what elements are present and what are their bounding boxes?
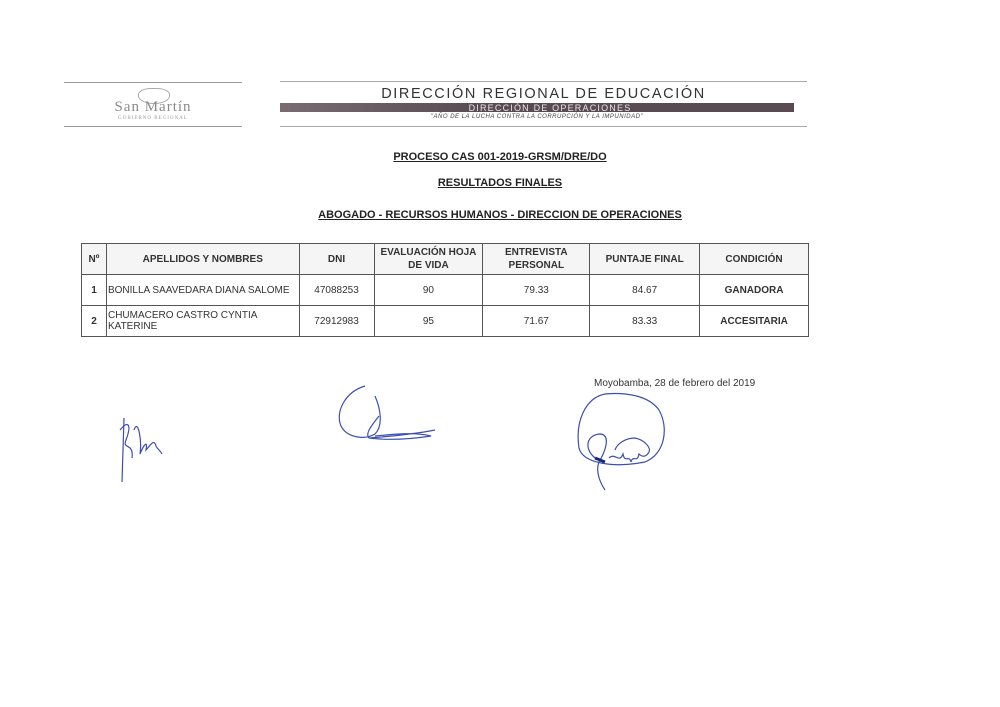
cell-dni: 72912983 [299,306,374,337]
results-title: RESULTADOS FINALES [0,177,1000,189]
cell-final-score: 83.33 [590,306,700,337]
col-number: Nº [82,244,107,275]
signature-1 [110,410,180,490]
cell-name: CHUMACERO CASTRO CYNTIA KATERINE [106,306,299,337]
logo-bottom-rule [64,126,242,127]
col-interview: ENTREVISTA PERSONAL [483,244,590,275]
cell-final-score: 84.67 [590,275,700,306]
cell-dni: 47088253 [299,275,374,306]
signature-2 [335,382,440,452]
logo-top-rule [64,82,242,83]
col-condition: CONDICIÓN [700,244,809,275]
cell-cv-evaluation: 90 [374,275,483,306]
year-motto: "AÑO DE LA LUCHA CONTRA LA CORRUPCIÓN Y … [280,114,794,120]
cell-name: BONILLA SAAVEDARA DIANA SALOME [106,275,299,306]
col-dni: DNI [299,244,374,275]
col-cv-evaluation: EVALUACIÓN HOJA DE VIDA [374,244,483,275]
table-row: 1 BONILLA SAAVEDARA DIANA SALOME 4708825… [82,275,809,306]
table-row: 2 CHUMACERO CASTRO CYNTIA KATERINE 72912… [82,306,809,337]
col-name: APELLIDOS Y NOMBRES [106,244,299,275]
regional-government-logo: San Martín GOBIERNO REGIONAL [64,82,242,126]
letterhead: DIRECCIÓN REGIONAL DE EDUCACIÓN DIRECCIÓ… [280,81,810,127]
table-header-row: Nº APELLIDOS Y NOMBRES DNI EVALUACIÓN HO… [82,244,809,275]
signature-3 [575,392,675,492]
cell-interview: 71.67 [483,306,590,337]
department-name: DIRECCIÓN DE OPERACIONES [420,103,680,113]
cell-number: 1 [82,275,107,306]
position-title: ABOGADO - RECURSOS HUMANOS - DIRECCION D… [0,209,1000,221]
cell-condition: ACCESITARIA [700,306,809,337]
logo-name: San Martín [64,99,242,116]
header-bottom-rule [280,126,807,127]
results-table: Nº APELLIDOS Y NOMBRES DNI EVALUACIÓN HO… [81,243,809,337]
logo-subtitle: GOBIERNO REGIONAL [64,116,242,121]
header-top-rule [280,81,807,82]
cell-condition: GANADORA [700,275,809,306]
process-title: PROCESO CAS 001-2019-GRSM/DRE/DO [0,151,1000,163]
institution-title: DIRECCIÓN REGIONAL DE EDUCACIÓN [280,86,807,102]
place-date: Moyobamba, 28 de febrero del 2019 [594,378,755,389]
col-final-score: PUNTAJE FINAL [590,244,700,275]
cell-interview: 79.33 [483,275,590,306]
cell-cv-evaluation: 95 [374,306,483,337]
cell-number: 2 [82,306,107,337]
